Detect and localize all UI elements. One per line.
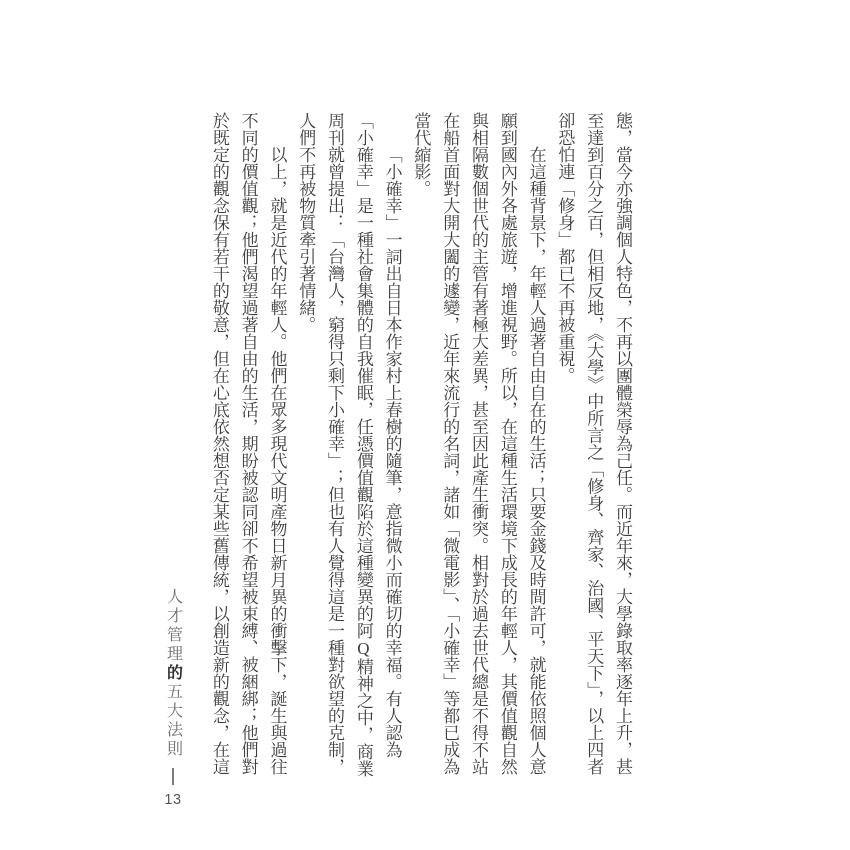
book-title-part2: 五大法則 bbox=[165, 683, 182, 759]
main-text-block: 態，當今亦強調個人特色，不再以團體榮辱為己任。而近年來，大學錄取率逐年上升，甚至… bbox=[204, 112, 636, 778]
page-number: 13 bbox=[164, 792, 181, 808]
book-page: 態，當今亦強調個人特色，不再以團體榮辱為己任。而近年來，大學錄取率逐年上升，甚至… bbox=[0, 0, 850, 850]
page-footer-sidebar: 人才管理的五大法則 13 bbox=[156, 588, 190, 808]
paragraph-1: 態，當今亦強調個人特色，不再以團體榮辱為己任。而近年來，大學錄取率逐年上升，甚至… bbox=[550, 112, 636, 778]
sidebar-separator-line bbox=[172, 768, 174, 785]
book-title-part1: 人才管理 bbox=[165, 588, 182, 664]
paragraph-4: 以上，就是近代的年輕人。他們在眾多現代文明產物日新月異的衝擊下，誕生與過往不同的… bbox=[204, 112, 290, 778]
book-title-emphasis: 的 bbox=[165, 664, 182, 683]
book-title-vertical: 人才管理的五大法則 bbox=[162, 588, 185, 759]
paragraph-2: 在這種背景下，年輕人過著自由自在的生活；只要金錢及時間許可，就能依照個人意願到國… bbox=[406, 112, 550, 778]
paragraph-3: 「小確幸」一詞出自日本作家村上春樹的隨筆，意指微小而確切的幸福。有人認為「小確幸… bbox=[290, 112, 405, 778]
